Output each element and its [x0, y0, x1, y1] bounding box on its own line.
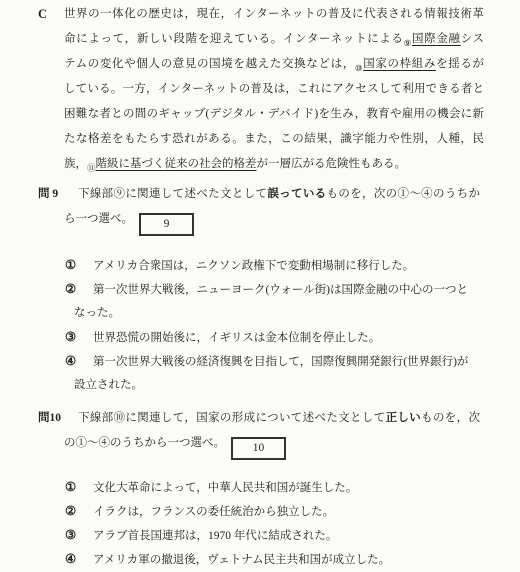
- question-10-label: 問10: [38, 406, 78, 431]
- q10-option-4: ④アメリカ軍の撤退後，ヴェトナム民主共和国が成立した。: [65, 547, 515, 571]
- q10-option-1-number: ①: [65, 475, 80, 499]
- q9-option-2-number: ②: [65, 277, 80, 301]
- question-10-prompt-post: ものを，次: [421, 412, 480, 424]
- passage-line-6: たな格差をもたらす恐れがある。また，この結果，識字能力や性別，人種，民: [64, 127, 484, 152]
- question-9-prompt-post: ものを，次の①～④のうちか: [327, 188, 481, 200]
- q10-option-4-text: アメリカ軍の撤退後，ヴェトナム民主共和国が成立した。: [93, 554, 390, 566]
- q9-option-4-text: 第一次世界大戦後の経済復興を目指して，国際復興開発銀行(世界銀行)が: [93, 356, 468, 368]
- q9-option-1-text: アメリカ合衆国は，ニクソン政権下で変動相場制に移行した。: [93, 260, 414, 272]
- question-10-prompt-cont: の①～④のうちから一つ選べ。: [64, 437, 225, 449]
- question-9-prompt: 下線部⑨に関連して述べた文として誤っているものを，次の①～④のうちか: [78, 182, 480, 207]
- q10-option-4-number: ④: [65, 547, 80, 571]
- q9-option-1: ①アメリカ合衆国は，ニクソン政権下で変動相場制に移行した。: [65, 253, 515, 277]
- question-9-prompt-emphasis: 誤っている: [267, 188, 326, 200]
- question-10-prompt: 下線部⑩に関連して，国家の形成について述べた文として正しいものを，次: [78, 406, 480, 431]
- exam-page: C 世界の一体化の歴史は，現在，インターネットの普及に代表される情報技術革 命に…: [0, 0, 520, 572]
- passage-line-7: 族，⑪階級に基づく従来の社会的格差が一層広がる危険性もある。: [64, 152, 484, 177]
- q9-option-4-number: ④: [65, 349, 80, 373]
- answer-number-box-10: 10: [231, 437, 286, 460]
- q9-option-4-text-cont: 設立された。: [74, 373, 515, 397]
- passage-line-1: 世界の一体化の歴史は，現在，インターネットの普及に代表される情報技術革: [64, 2, 484, 27]
- section-label: C: [38, 2, 47, 27]
- answer-number-box-9: 9: [139, 213, 194, 236]
- q10-option-3-number: ③: [65, 523, 80, 547]
- passage-line-5: 困難な者との間のギャップ(デジタル・デバイド)を生み，教育や雇用の機会に新: [64, 102, 484, 127]
- question-10: 問10下線部⑩に関連して，国家の形成について述べた文として正しいものを，次 の①…: [38, 406, 512, 456]
- question-9-prompt-pre: 下線部⑨に関連して述べた文として: [78, 188, 267, 200]
- question-9-prompt-cont: ら一つ選べ。: [64, 213, 133, 225]
- q10-option-2-text: イラクは，フランスの委任統治から独立した。: [93, 506, 334, 518]
- q9-option-2-text: 第一次世界大戦後，ニューヨーク(ウォール街)は国際金融の中心の一つと: [93, 284, 468, 296]
- question-9-options: ①アメリカ合衆国は，ニクソン政権下で変動相場制に移行した。 ②第一次世界大戦後，…: [65, 253, 515, 397]
- q9-option-2: ②第一次世界大戦後，ニューヨーク(ウォール街)は国際金融の中心の一つと: [65, 277, 515, 301]
- q10-option-2: ②イラクは，フランスの委任統治から独立した。: [65, 499, 515, 523]
- q9-option-3-text: 世界恐慌の開始後に，イギリスは金本位制を停止した。: [93, 332, 380, 344]
- question-10-prompt-emphasis: 正しい: [386, 412, 422, 424]
- question-9-label: 問 9: [38, 182, 78, 207]
- q9-option-3: ③世界恐慌の開始後に，イギリスは金本位制を停止した。: [65, 325, 515, 349]
- q9-option-4: ④第一次世界大戦後の経済復興を目指して，国際復興開発銀行(世界銀行)が: [65, 349, 515, 373]
- passage-line-3: テムの変化や個人の意見の国境を越えた交換などは，⑩国家の枠組みを揺るが: [64, 52, 484, 77]
- q10-option-1-text: 文化大革命によって，中華人民共和国が誕生した。: [93, 482, 357, 494]
- q9-option-3-number: ③: [65, 325, 80, 349]
- question-10-prompt-pre: 下線部⑩に関連して，国家の形成について述べた文として: [78, 412, 386, 424]
- question-10-options: ①文化大革命によって，中華人民共和国が誕生した。 ②イラクは，フランスの委任統治…: [65, 475, 515, 571]
- q10-option-2-number: ②: [65, 499, 80, 523]
- passage: 世界の一体化の歴史は，現在，インターネットの普及に代表される情報技術革 命によっ…: [64, 2, 484, 177]
- question-9: 問 9下線部⑨に関連して述べた文として誤っているものを，次の①～④のうちか ら一…: [38, 182, 512, 232]
- q10-option-3-text: アラブ首長国連邦は，1970 年代に結成された。: [93, 530, 337, 542]
- passage-line-4: している。一方，インターネットの普及は，これにアクセスして利用できる者と: [64, 77, 484, 102]
- q9-option-2-text-cont: なった。: [74, 301, 515, 325]
- q9-option-1-number: ①: [65, 253, 80, 277]
- passage-line-2: 命によって，新しい段階を迎えている。インターネットによる⑨国際金融シス: [64, 27, 484, 52]
- q10-option-1: ①文化大革命によって，中華人民共和国が誕生した。: [65, 475, 515, 499]
- q10-option-3: ③アラブ首長国連邦は，1970 年代に結成された。: [65, 523, 515, 547]
